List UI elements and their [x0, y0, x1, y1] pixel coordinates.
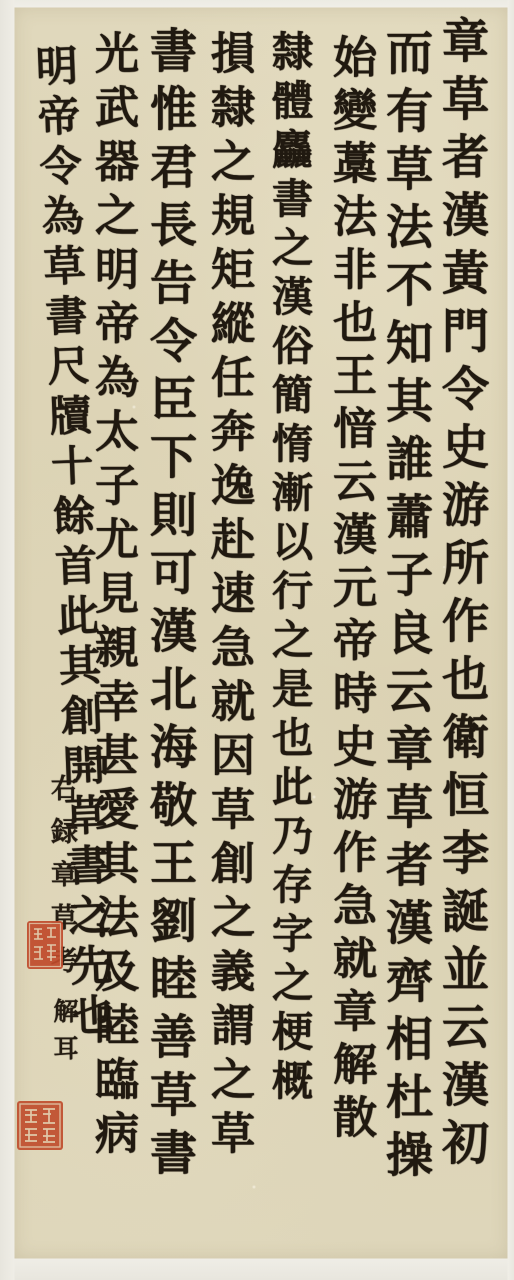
calligraphy-column-4: 隸體麤書之漢俗簡惰漸以行之是也此乃存字之梗概	[268, 30, 309, 1108]
colophon-signature: 解耳	[52, 998, 77, 1072]
calligraphy-column-6: 書惟君長告令臣下則可漢北海敬王劉睦善草書	[146, 26, 193, 1186]
scroll-mount: 章草者漢黃門令史游所作也衛恒李誕並云漢初 而有草法不知其誰蕭子良云章草者漢齊相杜…	[0, 0, 514, 1280]
calligraphy-column-3: 始變藁法非也王愔云漢元帝時史游作急就章解散	[328, 34, 372, 1147]
calligraphy-column-5: 損隸之規矩縱任奔逸赴速急就因草創之義謂之草	[206, 30, 250, 1164]
calligraphy-column-1: 章草者漢黃門令史游所作也衛恒李誕並云漢初	[438, 16, 485, 1176]
red-seal-lower	[17, 1101, 63, 1150]
red-seal-upper	[27, 921, 63, 969]
calligraphy-column-2: 而有草法不知其誰蕭子良云章草者漢齊相杜操	[382, 28, 429, 1188]
